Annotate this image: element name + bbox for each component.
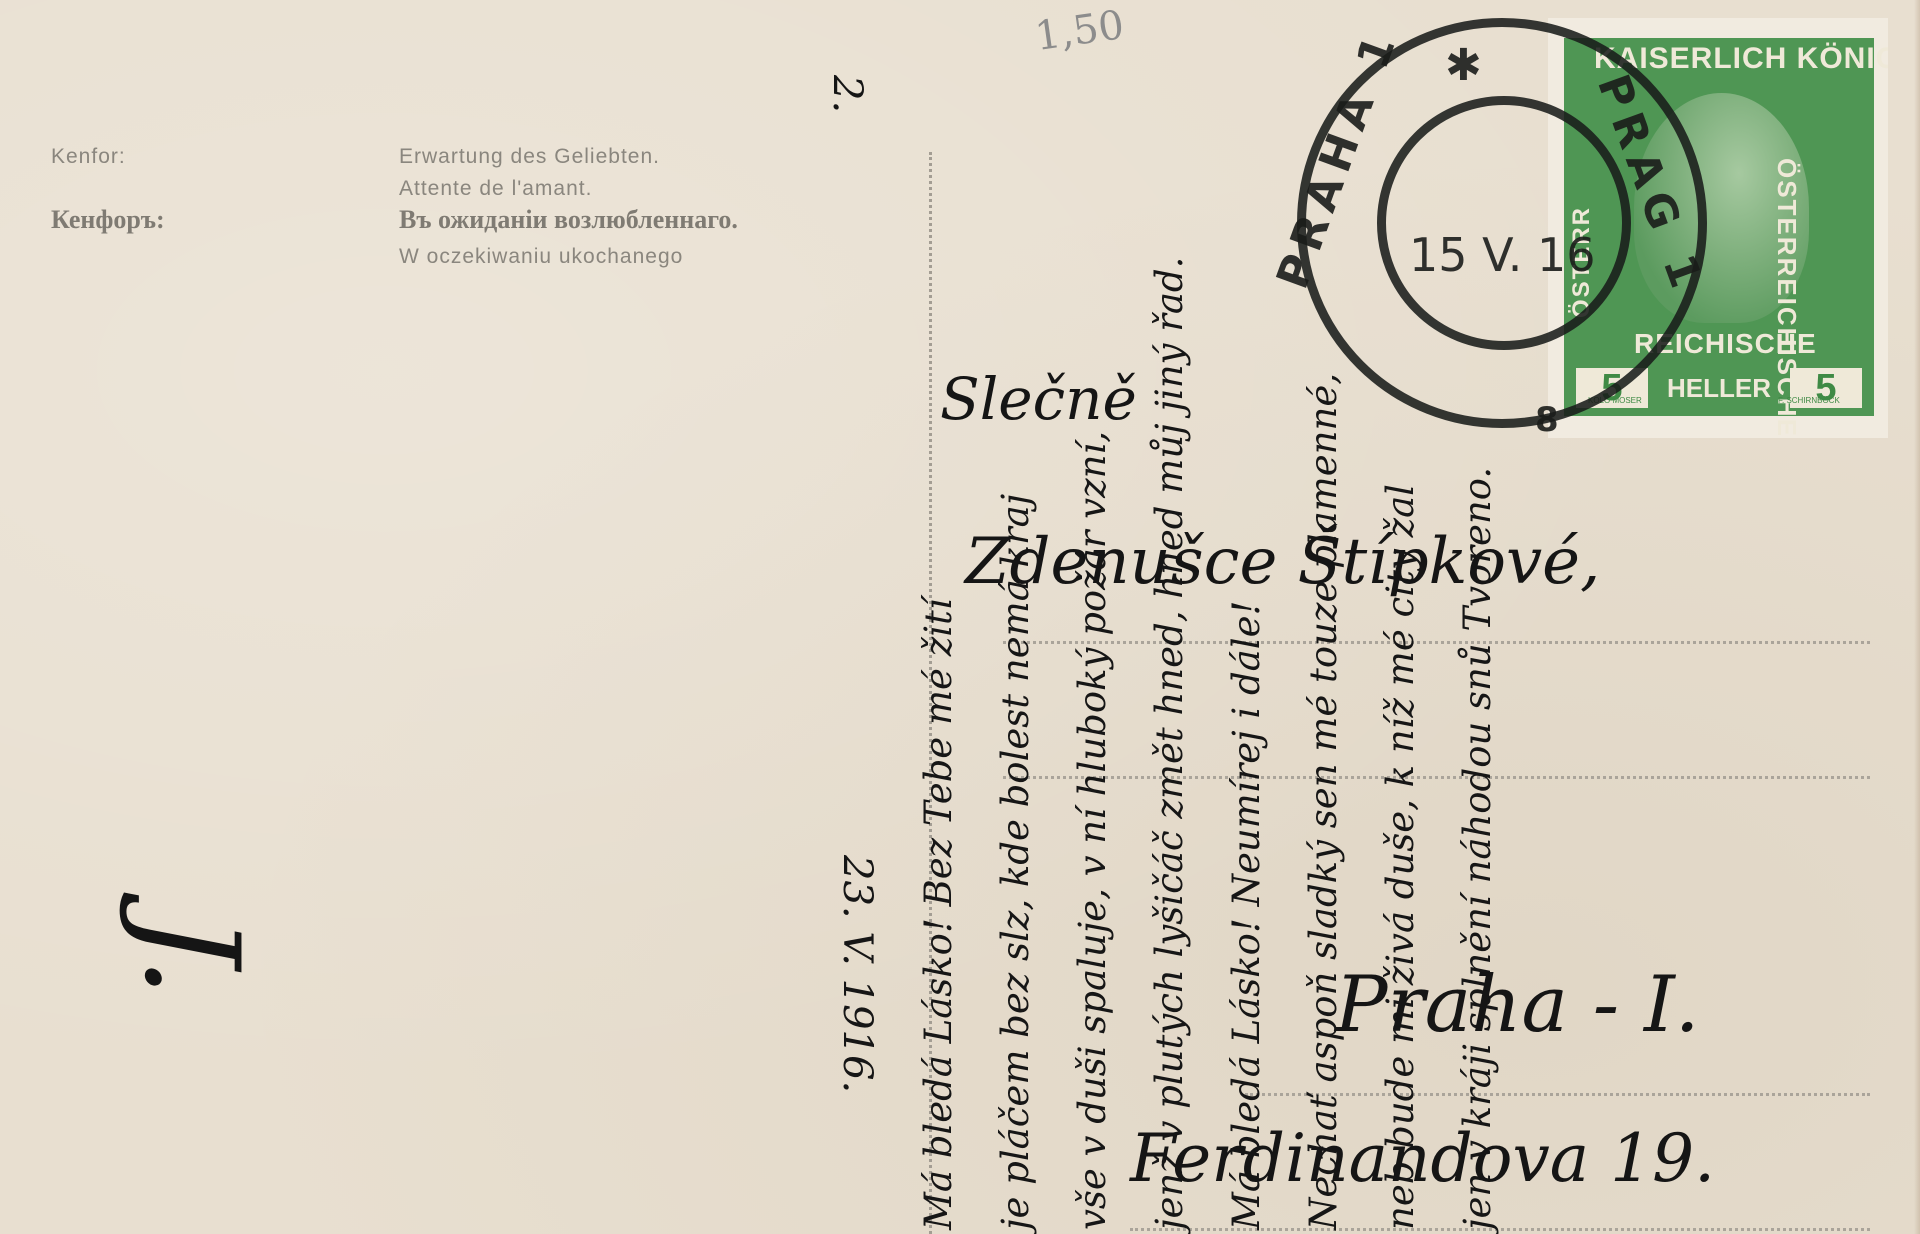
title-french: Attente de l'amant.: [399, 177, 592, 201]
address-salutation: Slečně: [940, 365, 1137, 433]
postmark-star-icon: ✱: [1445, 40, 1482, 91]
publisher-label-latin: Kenfor:: [51, 145, 126, 169]
title-russian: Въ ожиданiи возлюбленнаго.: [399, 205, 738, 235]
page-number: 2.: [824, 75, 870, 113]
postmark-inner-ring: [1377, 96, 1631, 350]
signature: J.: [116, 914, 268, 997]
message-line: jenž v plutých lyšičáč změt hned, hned m…: [1131, 250, 1208, 1230]
postmark-date: 15 V. 16: [1409, 228, 1595, 282]
address-street: Ferdinandova 19.: [1130, 1120, 1715, 1197]
title-polish: W oczekiwaniu ukochanego: [399, 245, 683, 269]
postcard: 1,50 2. Kenfor: Кенфоръ: Erwartung des G…: [0, 0, 1920, 1234]
pencil-price-mark: 1,50: [1032, 2, 1127, 60]
title-german: Erwartung des Geliebten.: [399, 145, 660, 169]
message-date: 23. V. 1916.: [834, 855, 880, 1093]
postmark-number: 8: [1535, 400, 1559, 440]
address-city: Praha - I.: [1335, 960, 1700, 1050]
publisher-label-cyrillic: Кенфоръ:: [51, 205, 165, 235]
stamp-engraver-credit: F. SCHIRNBÖCK: [1778, 396, 1840, 405]
postmark-cancellation: ✱ PRAHA 1 PRAG 1 15 V. 16 8: [1297, 18, 1717, 438]
card-edge: [1914, 0, 1920, 1234]
address-recipient-name: Zdenušce Štípkové,: [965, 525, 1600, 599]
message-line: Má bledá Lásko! Neumírej i dále!: [1208, 250, 1285, 1230]
